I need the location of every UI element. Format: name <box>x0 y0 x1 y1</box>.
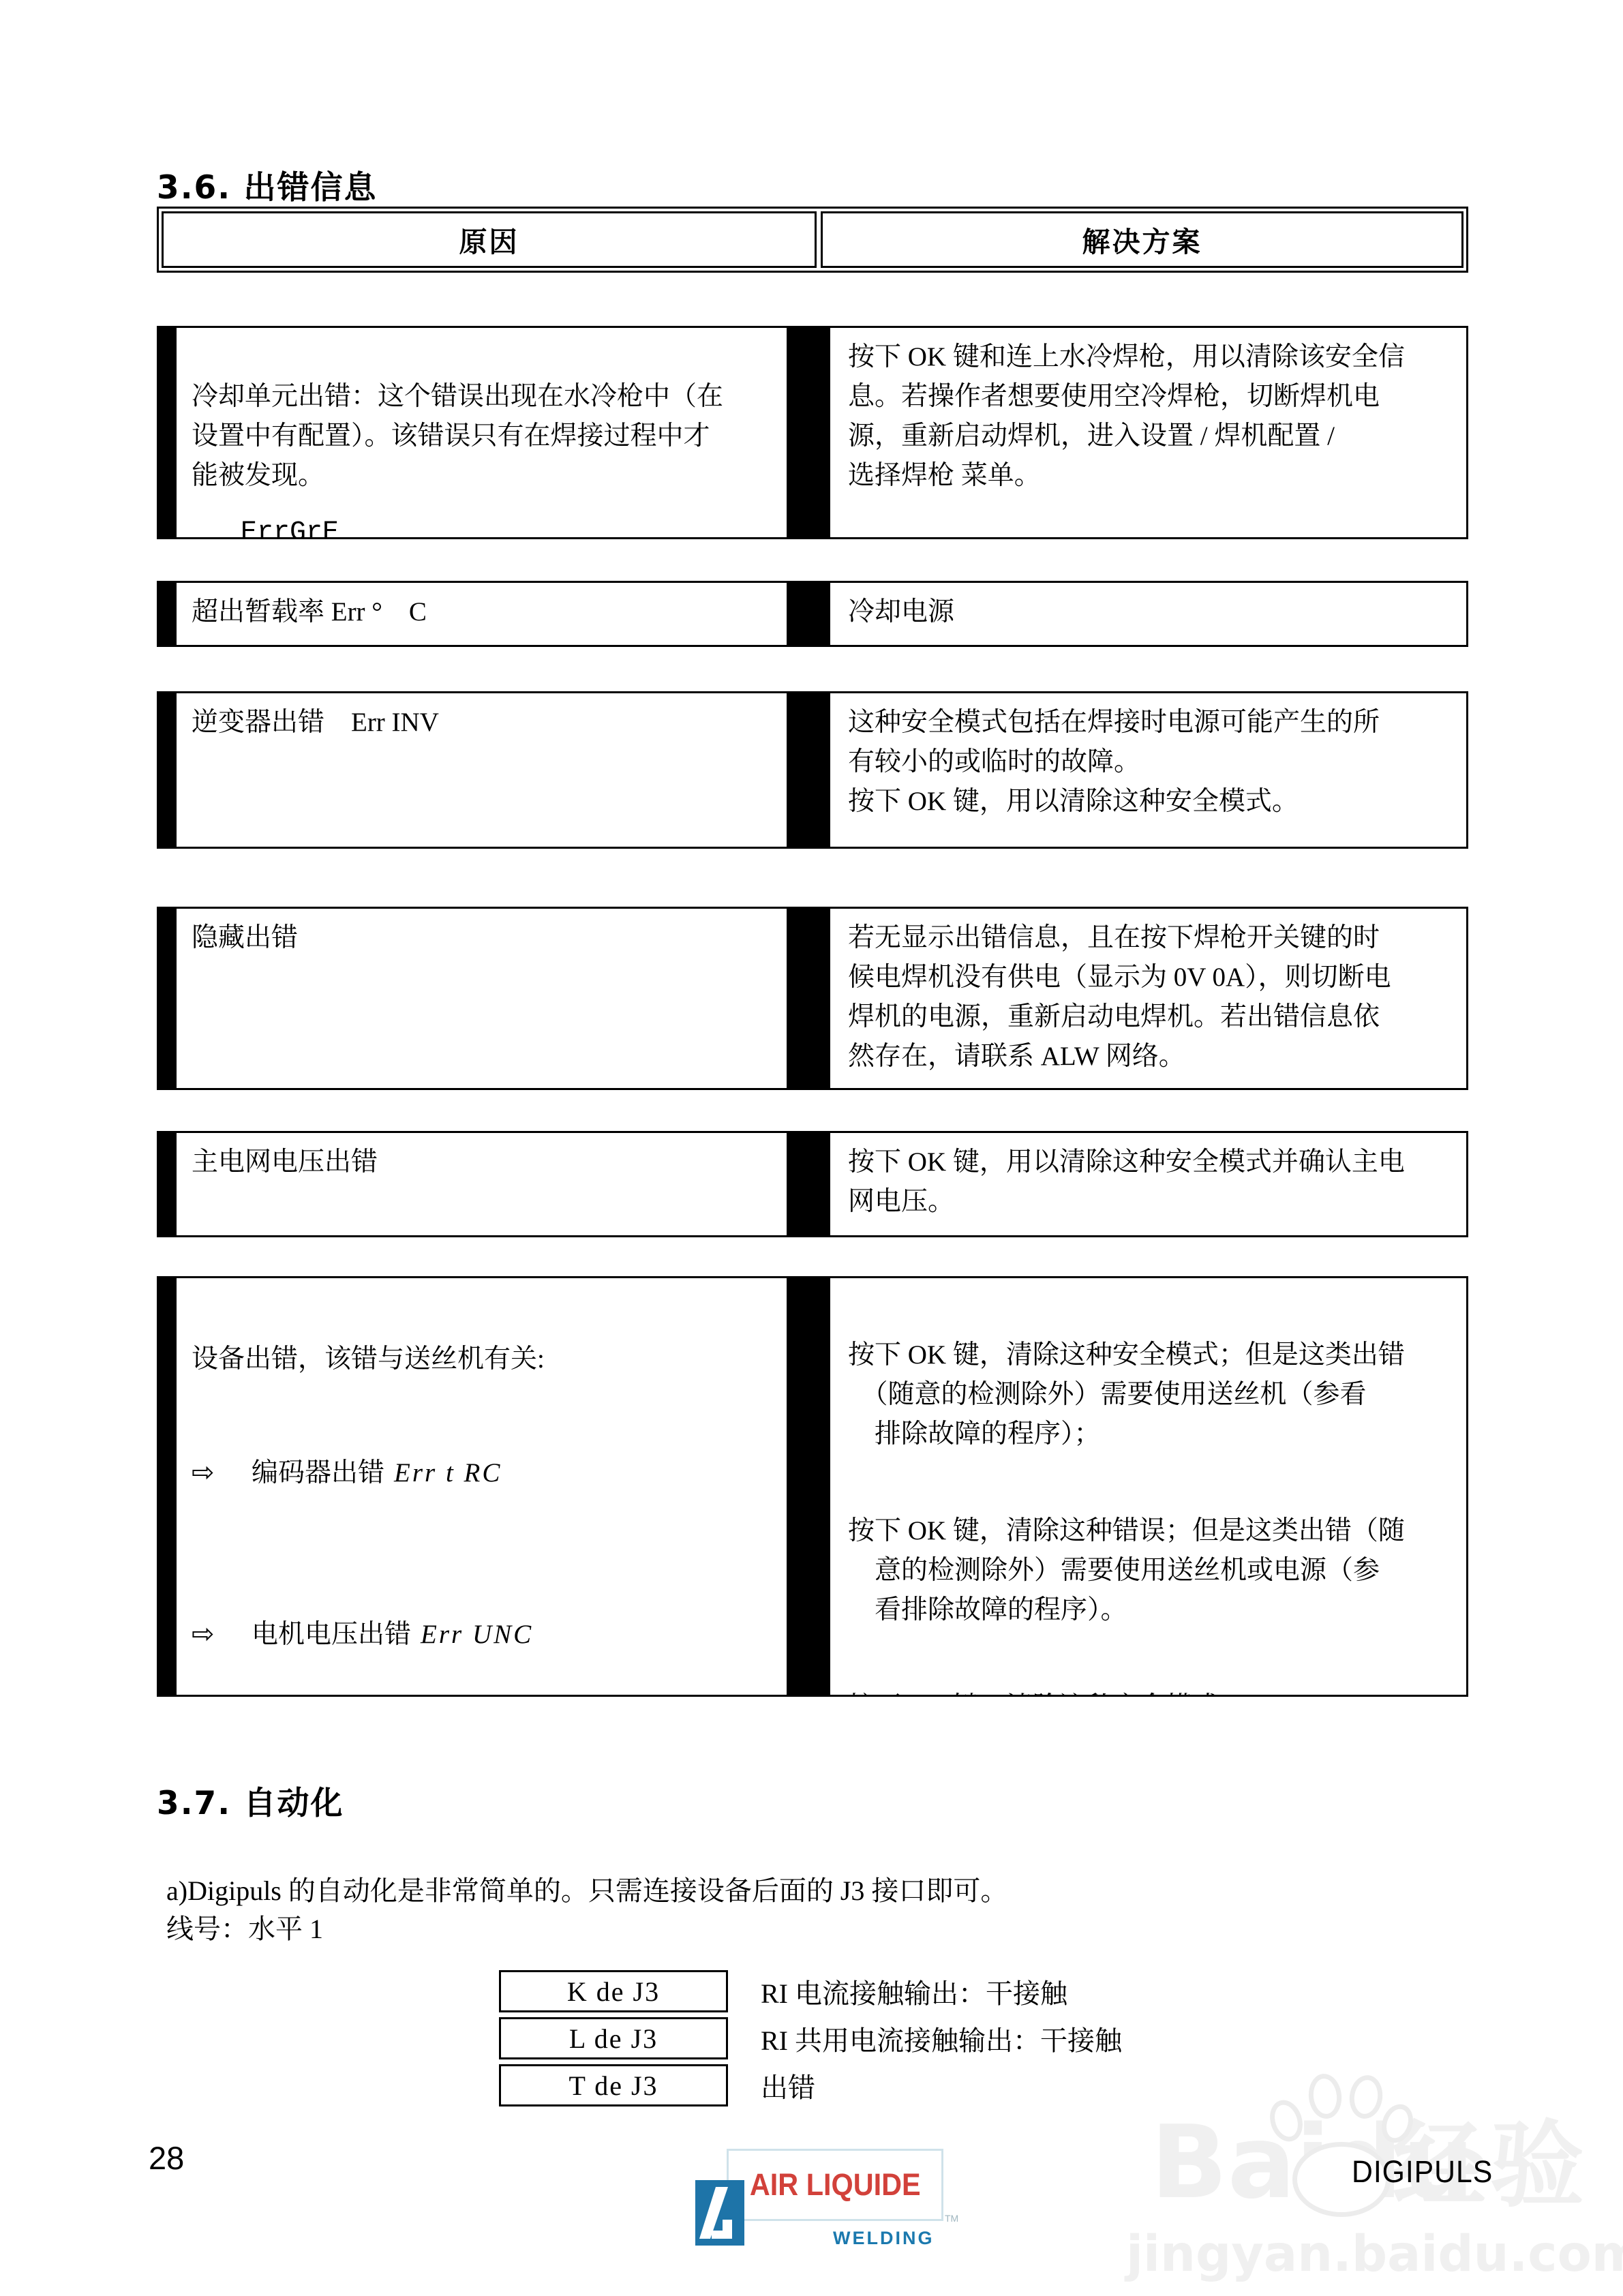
row-left-bar <box>159 1133 177 1235</box>
cause-cell: 设备出错，该错与送丝机有关: ⇨ 编码器出错 Err t RC ⇨ 电机电压出错… <box>177 1278 787 1695</box>
paw-toe <box>1376 2100 1418 2147</box>
manual-page: 3.6. 出错信息 原因 解决方案 冷却单元出错：这个错误出现在水冷枪中（在 设… <box>0 0 1623 2296</box>
table-row: 主电网电压出错 按下 OK 键，用以清除这种安全模式并确认主电 网电压。 <box>157 1131 1468 1237</box>
table-row: 逆变器出错 Err INV 这种安全模式包括在焊接时电源可能产生的所 有较小的或… <box>157 691 1468 849</box>
row-divider-bar <box>787 909 830 1088</box>
cause-cell: 主电网电压出错 <box>177 1133 787 1235</box>
pin-label-box: T de J3 <box>499 2064 728 2106</box>
arrow-bullet-icon: ⇨ <box>192 1453 252 1492</box>
row-left-bar <box>159 1278 177 1695</box>
pin-label-box: K de J3 <box>499 1970 728 2012</box>
baidu-paw-icon <box>1269 2074 1412 2221</box>
solution-paragraph: 按下 OK 键，清除这种安全模式。 <box>848 1687 1448 1695</box>
table-row: K de J3 RI 电流接触输出：干接触 <box>499 1970 1122 2012</box>
solution-cell: 按下 OK 键，清除这种安全模式；但是这类出错 （随意的检测除外）需要使用送丝机… <box>830 1278 1466 1695</box>
section-3-7-title: 3.7. 自动化 <box>157 1778 344 1824</box>
paw-toe <box>1265 2096 1308 2145</box>
table-row: 隐藏出错 若无显示出错信息，且在按下焊枪开关键的时 候电焊机没有供电（显示为 0… <box>157 907 1468 1090</box>
row-divider-bar <box>787 1278 830 1695</box>
arrow-bullet-icon: ⇨ <box>192 1614 252 1654</box>
error-code: Err t RC <box>394 1453 502 1493</box>
row-divider-bar <box>787 693 830 847</box>
cause-cell: 隐藏出错 <box>177 909 787 1088</box>
connector-table: K de J3 RI 电流接触输出：干接触 L de J3 RI 共用电流接触输… <box>499 1970 1122 2111</box>
section-3-6-title: 3.6. 出错信息 <box>157 162 377 208</box>
air-liquide-monogram <box>695 2180 744 2246</box>
pin-description: 出错 <box>761 2066 815 2105</box>
list-item: ⇨ 电机电压出错 Err UNC <box>192 1614 772 1655</box>
solution-cell: 按下 OK 键，用以清除这种安全模式并确认主电 网电压。 <box>830 1133 1466 1235</box>
page-number: 28 <box>149 2139 184 2177</box>
solution-paragraph: 按下 OK 键，清除这种安全模式；但是这类出错 （随意的检测除外）需要使用送丝机… <box>848 1335 1448 1454</box>
table-row: 冷却单元出错：这个错误出现在水冷枪中（在 设置中有配置）。该错误只有在焊接过程中… <box>157 326 1468 539</box>
pin-description: RI 电流接触输出：干接触 <box>761 1972 1067 2011</box>
error-code: ErrGrE <box>241 513 772 537</box>
list-item: ⇨ 编码器出错 Err t RC <box>192 1453 772 1493</box>
table-row: 超出暂载率 Err ° C 冷却电源 <box>157 581 1468 647</box>
logo-frame: AIR LIQUIDE <box>727 2149 943 2221</box>
cause-heading: 设备出错，该错与送丝机有关: <box>192 1340 772 1379</box>
solution-cell: 若无显示出错信息，且在按下焊枪开关键的时 候电焊机没有供电（显示为 0V 0A）… <box>830 909 1466 1088</box>
solution-cell: 冷却电源 <box>830 583 1466 645</box>
air-liquide-logo: AIR LIQUIDE TM WELDING <box>694 2147 953 2256</box>
table-row: 设备出错，该错与送丝机有关: ⇨ 编码器出错 Err t RC ⇨ 电机电压出错… <box>157 1276 1468 1697</box>
logo-brand-text: AIR LIQUIDE <box>750 2167 921 2203</box>
cause-text: 冷却单元出错：这个错误出现在水冷枪中（在 设置中有配置）。该错误只有在焊接过程中… <box>192 382 723 490</box>
pin-description: RI 共用电流接触输出：干接触 <box>761 2019 1122 2058</box>
table-row: L de J3 RI 共用电流接触输出：干接触 <box>499 2017 1122 2059</box>
error-table-header: 原因 解决方案 <box>157 207 1468 273</box>
item-label: 编码器出错 <box>252 1453 384 1493</box>
paw-toe <box>1347 2073 1385 2121</box>
row-left-bar <box>159 693 177 847</box>
cause-cell: 超出暂载率 Err ° C <box>177 583 787 645</box>
solution-cell: 这种安全模式包括在焊接时电源可能产生的所 有较小的或临时的故障。 按下 OK 键… <box>830 693 1466 847</box>
item-label: 电机电压出错 <box>252 1615 411 1655</box>
automation-intro-line-1: a)Digipuls 的自动化是非常简单的。只需连接设备后面的 J3 接口即可。 <box>166 1869 1007 1908</box>
row-divider-bar <box>787 328 830 537</box>
paw-toe <box>1307 2072 1344 2121</box>
solution-cell: 按下 OK 键和连上水冷焊枪，用以清除该安全信 息。若操作者想要使用空冷焊枪，切… <box>830 328 1466 537</box>
table-row: T de J3 出错 <box>499 2064 1122 2106</box>
header-solution: 解决方案 <box>821 211 1463 268</box>
automation-intro-line-2: 线号：水平 1 <box>166 1907 323 1946</box>
logo-division-text: WELDING <box>833 2228 935 2249</box>
pin-label-box: L de J3 <box>499 2017 728 2059</box>
solution-paragraph: 按下 OK 键，清除这种错误；但是这类出错（随 意的检测除外）需要使用送丝机或电… <box>848 1511 1448 1630</box>
baidu-watermark-url: jingyan.baidu.com <box>1126 2229 1623 2279</box>
row-divider-bar <box>787 583 830 645</box>
error-code: Err UNC <box>421 1615 533 1655</box>
row-divider-bar <box>787 1133 830 1235</box>
cause-cell: 冷却单元出错：这个错误出现在水冷枪中（在 设置中有配置）。该错误只有在焊接过程中… <box>177 328 787 537</box>
header-cause: 原因 <box>162 211 817 268</box>
cause-cell: 逆变器出错 Err INV <box>177 693 787 847</box>
row-left-bar <box>159 328 177 537</box>
row-left-bar <box>159 583 177 645</box>
product-name: DIGIPULS <box>1352 2154 1493 2190</box>
row-left-bar <box>159 909 177 1088</box>
logo-tm-mark: TM <box>945 2213 958 2224</box>
